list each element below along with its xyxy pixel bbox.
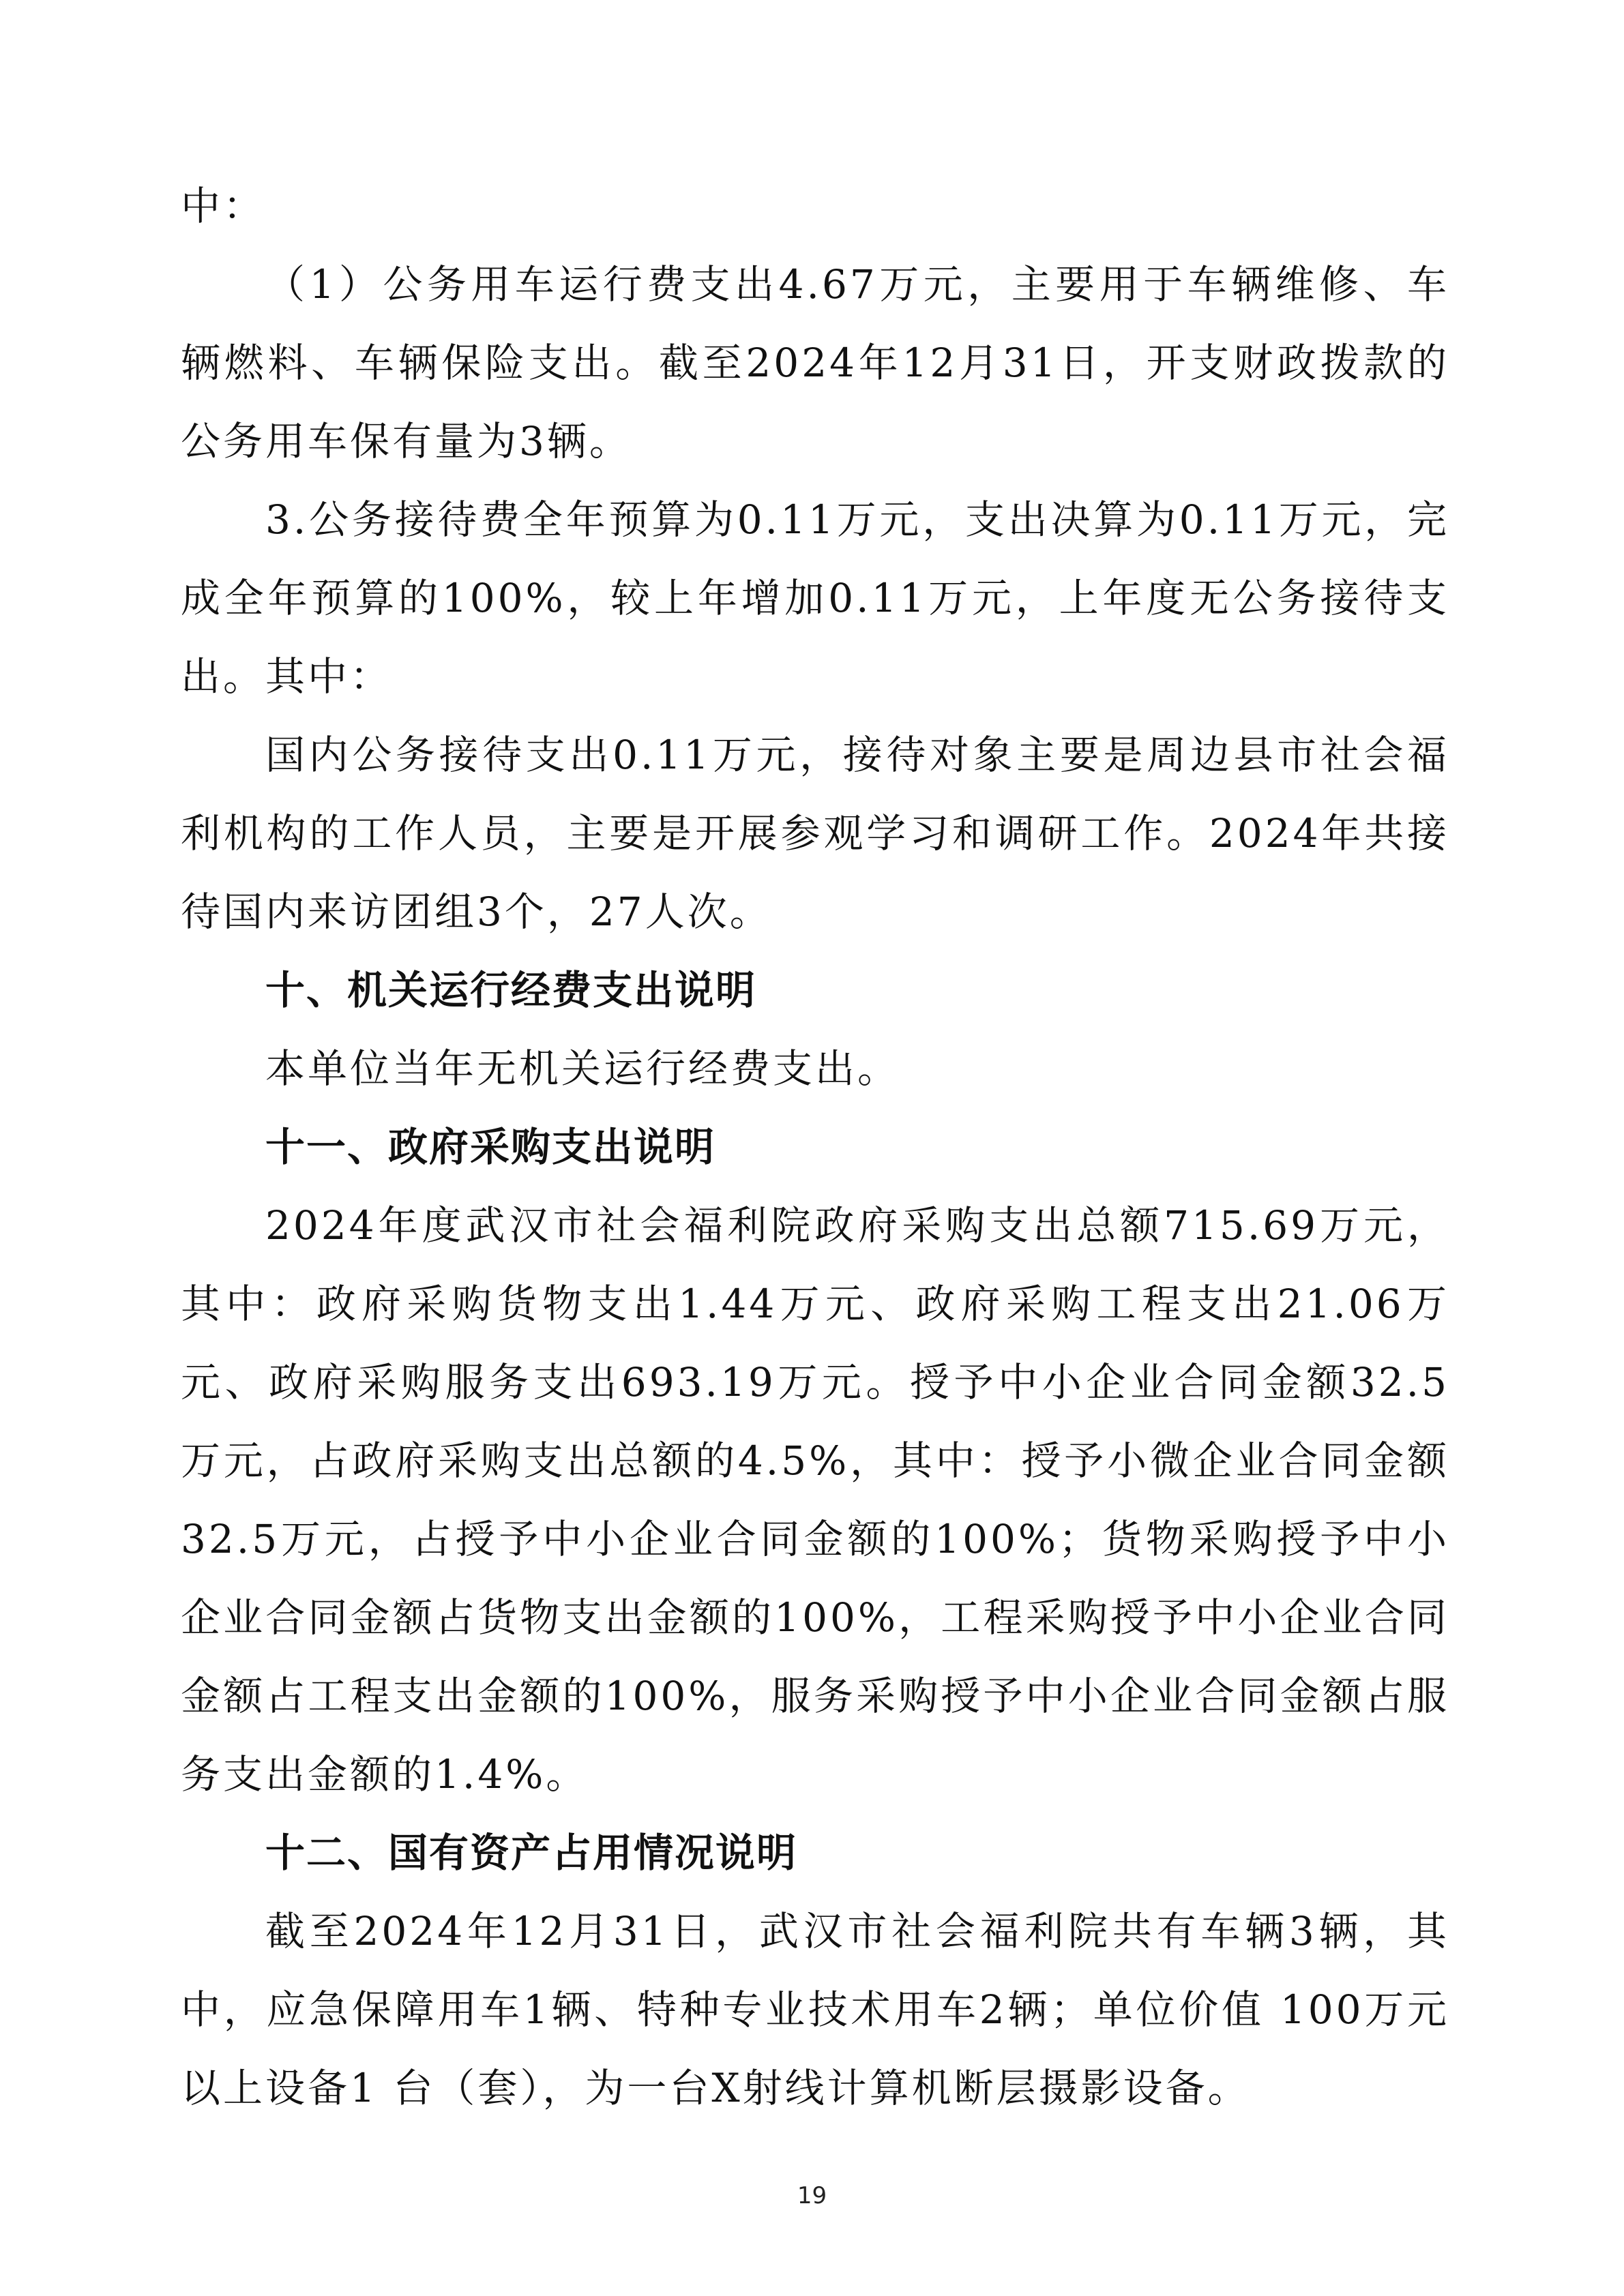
section-heading-12: 十二、国有资产占用情况说明 (181, 1814, 1449, 1892)
section-heading-10: 十、机关运行经费支出说明 (181, 951, 1449, 1030)
page-number: 19 (0, 2182, 1624, 2209)
paragraph-domestic-reception: 国内公务接待支出0.11万元，接待对象主要是周边县市社会福利机构的工作人员，主要… (181, 716, 1449, 951)
paragraph-state-assets: 截至2024年12月31日，武汉市社会福利院共有车辆3辆，其中，应急保障用车1辆… (181, 1892, 1449, 2128)
paragraph-no-operating-expense: 本单位当年无机关运行经费支出。 (181, 1030, 1449, 1108)
paragraph-vehicle-operation-cost: （1）公务用车运行费支出4.67万元，主要用于车辆维修、车辆燃料、车辆保险支出。… (181, 245, 1449, 481)
document-page-body: 中： （1）公务用车运行费支出4.67万元，主要用于车辆维修、车辆燃料、车辆保险… (181, 167, 1449, 2128)
paragraph-procurement: 2024年度武汉市社会福利院政府采购支出总额715.69万元，其中：政府采购货物… (181, 1187, 1449, 1814)
section-heading-11: 十一、政府采购支出说明 (181, 1108, 1449, 1187)
paragraph-continuation: 中： (181, 167, 1449, 245)
paragraph-reception-budget: 3.公务接待费全年预算为0.11万元，支出决算为0.11万元，完成全年预算的10… (181, 481, 1449, 716)
